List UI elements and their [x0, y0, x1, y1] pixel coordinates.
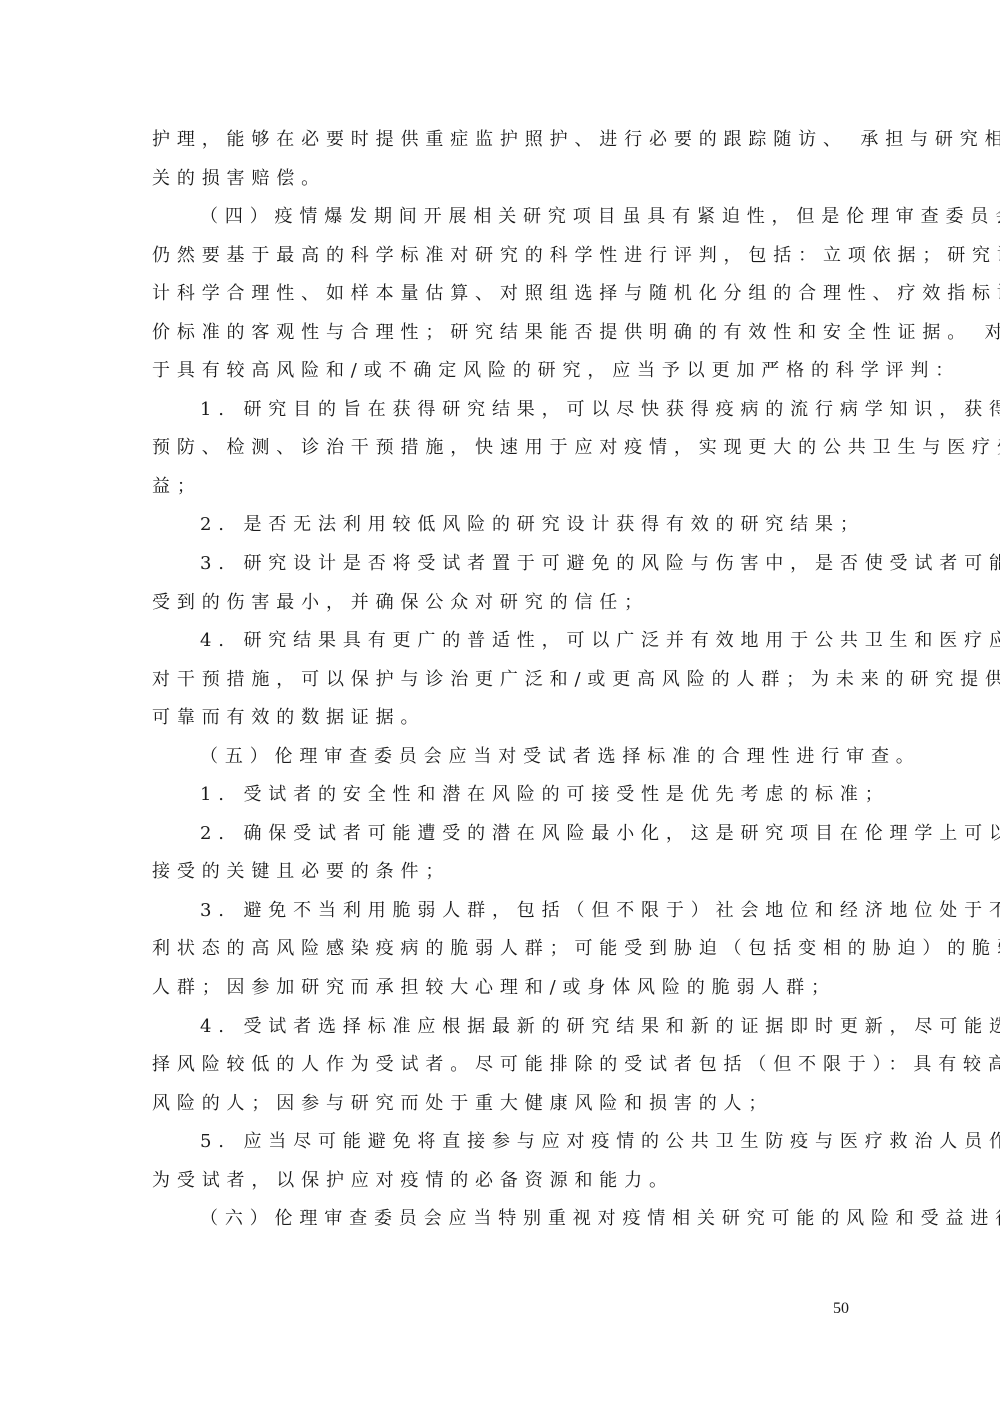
section-heading-4: （四）疫情爆发期间开展相关研究项目虽具有紧迫性，但是伦理审查委员会	[152, 198, 852, 237]
section-heading-5: （五）伦理审查委员会应当对受试者选择标准的合理性进行审查。	[152, 738, 852, 777]
text-line: 利状态的高风险感染疫病的脆弱人群；可能受到胁迫（包括变相的胁迫）的脆弱	[152, 930, 852, 969]
page-number: 50	[833, 1300, 849, 1318]
list-item-4-4: 4. 研究结果具有更广的普适性，可以广泛并有效地用于公共卫生和医疗应	[152, 622, 852, 661]
text-line: 预防、检测、诊治干预措施，快速用于应对疫情，实现更大的公共卫生与医疗受	[152, 429, 852, 468]
text-line: 计科学合理性、如样本量估算、对照组选择与随机化分组的合理性、疗效指标评	[152, 275, 852, 314]
section-heading-6: （六）伦理审查委员会应当特别重视对疫情相关研究可能的风险和受益进行	[152, 1200, 852, 1239]
document-page: 护理，能够在必要时提供重症监护照护、进行必要的跟踪随访、 承担与研究相 关的损害…	[0, 0, 1000, 1413]
text-line: 择风险较低的人作为受试者。尽可能排除的受试者包括（但不限于）：具有较高	[152, 1046, 852, 1085]
text-line: 仍然要基于最高的科学标准对研究的科学性进行评判，包括：立项依据；研究设	[152, 237, 852, 276]
text-line: 人群；因参加研究而承担较大心理和/或身体风险的脆弱人群；	[152, 969, 852, 1008]
text-line: 接受的关键且必要的条件；	[152, 853, 852, 892]
text-line: 受到的伤害最小，并确保公众对研究的信任；	[152, 584, 852, 623]
text-line: 关的损害赔偿。	[152, 160, 852, 199]
list-item-4-2: 2. 是否无法利用较低风险的研究设计获得有效的研究结果；	[152, 506, 852, 545]
list-item-5-1: 1. 受试者的安全性和潜在风险的可接受性是优先考虑的标准；	[152, 776, 852, 815]
list-item-5-5: 5. 应当尽可能避免将直接参与应对疫情的公共卫生防疫与医疗救治人员作	[152, 1123, 852, 1162]
body-text: 护理，能够在必要时提供重症监护照护、进行必要的跟踪随访、 承担与研究相 关的损害…	[152, 121, 852, 1239]
list-item-5-2: 2. 确保受试者可能遭受的潜在风险最小化，这是研究项目在伦理学上可以	[152, 815, 852, 854]
text-line: 益；	[152, 468, 852, 507]
text-line: 于具有较高风险和/或不确定风险的研究，应当予以更加严格的科学评判：	[152, 352, 852, 391]
list-item-5-4: 4. 受试者选择标准应根据最新的研究结果和新的证据即时更新，尽可能选	[152, 1008, 852, 1047]
text-line: 护理，能够在必要时提供重症监护照护、进行必要的跟踪随访、 承担与研究相	[152, 121, 852, 160]
list-item-5-3: 3. 避免不当利用脆弱人群，包括（但不限于）社会地位和经济地位处于不	[152, 892, 852, 931]
text-line: 为受试者，以保护应对疫情的必备资源和能力。	[152, 1162, 852, 1201]
list-item-4-1: 1. 研究目的旨在获得研究结果，可以尽快获得疫病的流行病学知识，获得	[152, 391, 852, 430]
list-item-4-3: 3. 研究设计是否将受试者置于可避免的风险与伤害中，是否使受试者可能	[152, 545, 852, 584]
text-line: 对干预措施，可以保护与诊治更广泛和/或更高风险的人群；为未来的研究提供	[152, 661, 852, 700]
text-line: 风险的人；因参与研究而处于重大健康风险和损害的人；	[152, 1085, 852, 1124]
text-line: 价标准的客观性与合理性；研究结果能否提供明确的有效性和安全性证据。 对	[152, 314, 852, 353]
text-line: 可靠而有效的数据证据。	[152, 699, 852, 738]
